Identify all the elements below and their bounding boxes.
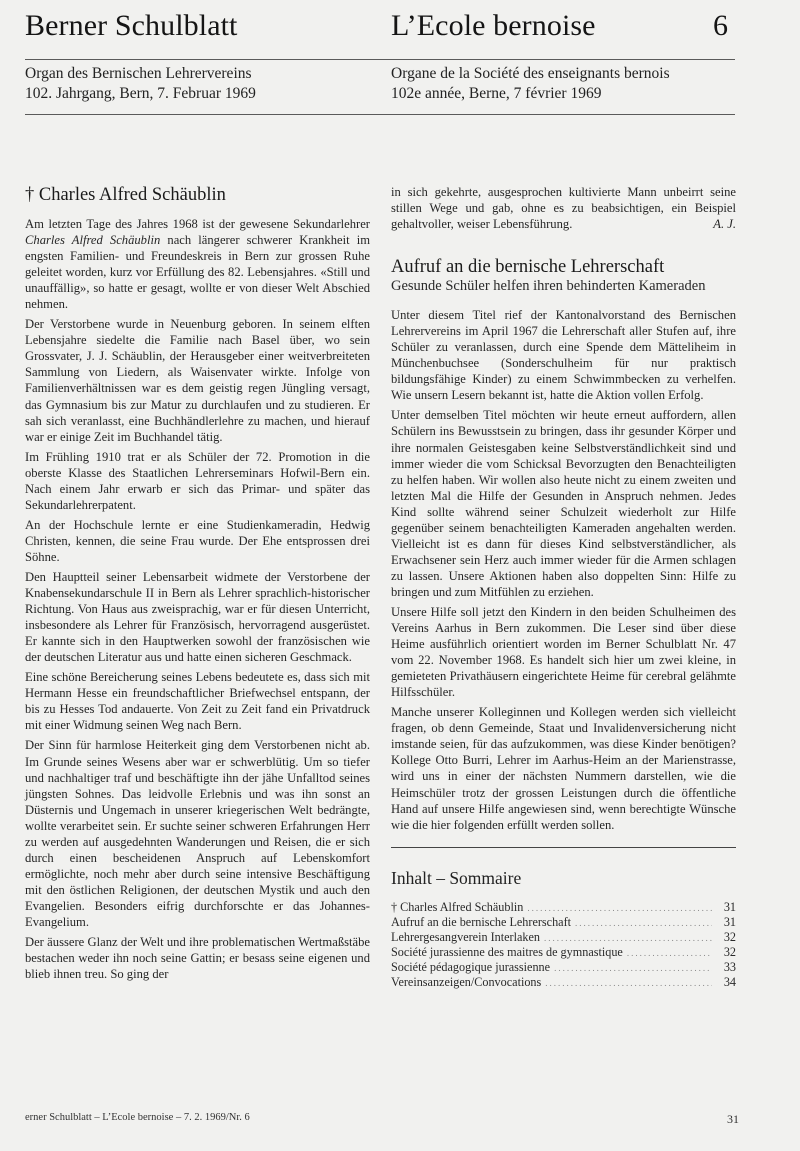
obituary-paragraph-2: Der Verstorbene wurde in Neuenburg gebor… <box>25 316 370 444</box>
masthead-title-german: Berner Schulblatt <box>25 8 237 44</box>
masthead-subtitle-german: Organ des Bernischen Lehrervereins 102. … <box>25 64 256 104</box>
obituary-title: † Charles Alfred Schäublin <box>25 184 370 206</box>
masthead-title-french: L’Ecole bernoise <box>391 8 596 44</box>
toc-item-label: Société jurassienne des maitres de gymna… <box>391 945 623 959</box>
obituary-paragraph-5: Den Hauptteil seiner Lebensarbeit widmet… <box>25 569 370 665</box>
masthead-rule-top <box>25 59 735 60</box>
toc-item[interactable]: Société pédagogique jurassienne ........… <box>391 960 736 975</box>
toc-item[interactable]: Vereinsanzeigen/Convocations ...........… <box>391 975 736 990</box>
masthead-subtitle-french: Organe de la Société des enseignants ber… <box>391 64 670 104</box>
deceased-name: Charles Alfred Schäublin <box>25 233 160 247</box>
appeal-paragraph-3: Unsere Hilfe soll jetzt den Kindern in d… <box>391 604 736 700</box>
right-column: in sich gekehrte, ausgesprochen kultivie… <box>391 184 736 990</box>
date-line-german: 102. Jahrgang, Bern, 7. Februar 1969 <box>25 84 256 104</box>
toc-item-label: Aufruf an die bernische Lehrerschaft <box>391 915 571 929</box>
toc-item-label: Vereinsanzeigen/Convocations <box>391 975 541 989</box>
obituary-continuation: in sich gekehrte, ausgesprochen kultivie… <box>391 184 736 232</box>
date-line-french: 102e année, Berne, 7 février 1969 <box>391 84 670 104</box>
toc-item-label: Lehrergesangverein Interlaken <box>391 930 540 944</box>
masthead-rule-bottom <box>25 114 735 115</box>
obituary-paragraph-8: Der äussere Glanz der Welt und ihre prob… <box>25 934 370 982</box>
toc-item[interactable]: Lehrergesangverein Interlaken ..........… <box>391 930 736 945</box>
toc-leader-dots: ........................................… <box>554 961 712 975</box>
toc-item-page: 31 <box>716 915 736 929</box>
obituary-paragraph-1: Am letzten Tage des Jahres 1968 ist der … <box>25 216 370 312</box>
toc-leader-dots: ........................................… <box>544 931 712 945</box>
toc-item[interactable]: † Charles Alfred Schäublin .............… <box>391 900 736 915</box>
obituary-paragraph-6: Eine schöne Bereicherung seines Lebens b… <box>25 669 370 733</box>
left-column: † Charles Alfred Schäublin Am letzten Ta… <box>25 184 370 986</box>
table-of-contents: † Charles Alfred Schäublin .............… <box>391 900 736 990</box>
organ-line-french: Organe de la Société des enseignants ber… <box>391 64 670 84</box>
toc-item-label: † Charles Alfred Schäublin <box>391 900 523 914</box>
toc-item-page: 31 <box>716 900 736 914</box>
text-span: Am letzten Tage des Jahres 1968 ist der … <box>25 217 370 231</box>
toc-title: Inhalt – Sommaire <box>391 868 736 888</box>
appeal-paragraph-1: Unter diesem Titel rief der Kantonalvors… <box>391 307 736 403</box>
toc-item[interactable]: Société jurassienne des maitres de gymna… <box>391 945 736 960</box>
obituary-paragraph-3: Im Frühling 1910 trat er als Schüler der… <box>25 449 370 513</box>
toc-item-page: 34 <box>716 975 736 989</box>
toc-leader-dots: ........................................… <box>627 946 712 960</box>
toc-item[interactable]: Aufruf an die bernische Lehrerschaft ...… <box>391 915 736 930</box>
page-number: 31 <box>727 1112 739 1127</box>
toc-item-page: 33 <box>716 960 736 974</box>
toc-leader-dots: ........................................… <box>527 901 712 915</box>
toc-item-page: 32 <box>716 930 736 944</box>
appeal-title: Aufruf an die bernische Lehrerschaft <box>391 256 736 278</box>
appeal-subtitle: Gesunde Schüler helfen ihren behinderten… <box>391 278 736 295</box>
appeal-paragraph-4: Manche unserer Kolleginnen und Kollegen … <box>391 704 736 832</box>
appeal-paragraph-2: Unter demselben Titel möchten wir heute … <box>391 407 736 600</box>
toc-item-label: Société pédagogique jurassienne <box>391 960 550 974</box>
toc-item-page: 32 <box>716 945 736 959</box>
toc-leader-dots: ........................................… <box>545 976 712 990</box>
issue-number: 6 <box>713 8 728 44</box>
text-span: in sich gekehrte, ausgesprochen kultivie… <box>391 185 736 231</box>
organ-line-german: Organ des Bernischen Lehrervereins <box>25 64 256 84</box>
obituary-paragraph-4: An der Hochschule lernte er eine Studien… <box>25 517 370 565</box>
running-footer: erner Schulblatt – L’Ecole bernoise – 7.… <box>25 1112 250 1123</box>
toc-divider <box>391 847 736 848</box>
obituary-paragraph-7: Der Sinn für harmlose Heiterkeit ging de… <box>25 737 370 930</box>
toc-leader-dots: ........................................… <box>575 916 712 930</box>
author-signature: A. J. <box>713 216 736 232</box>
